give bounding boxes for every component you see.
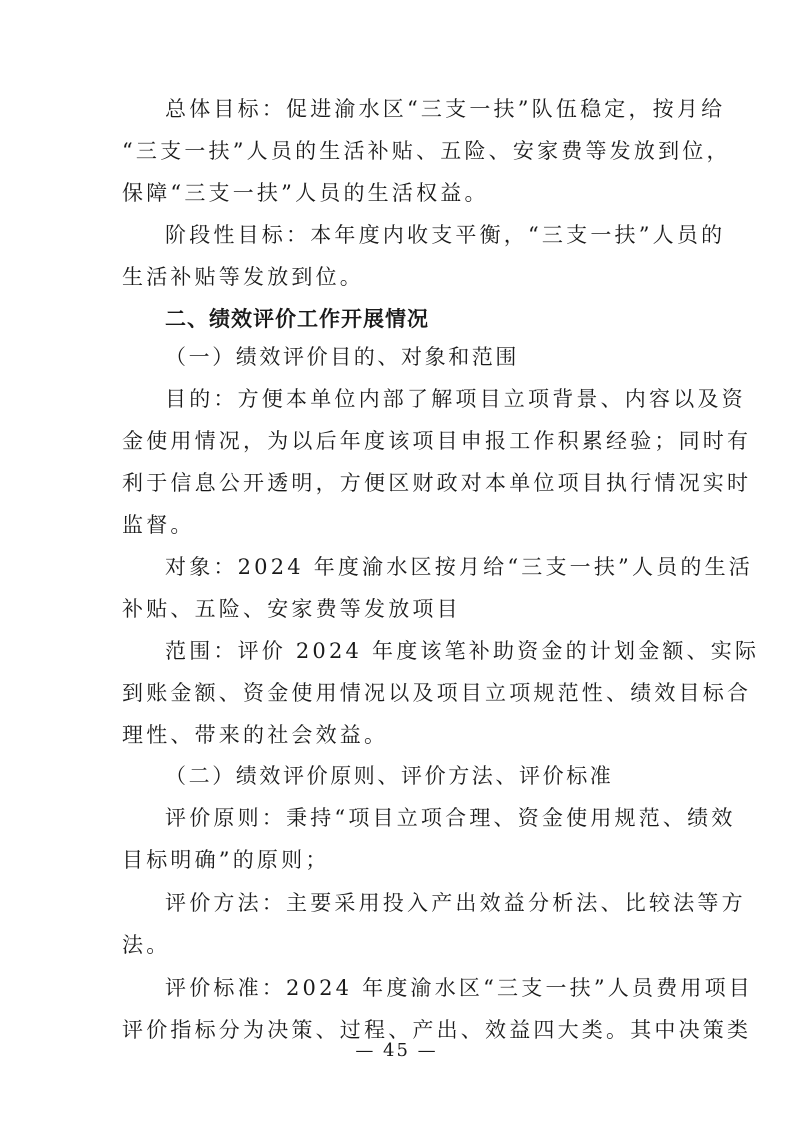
paragraph-line: 到账金额、资金使用情况以及项目立项规范性、绩效目标合	[122, 679, 682, 707]
subsection-heading: （二）绩效评价原则、评价方法、评价标准	[165, 762, 725, 790]
paragraph-line: 评价原则：秉持“项目立项合理、资金使用规范、绩效	[165, 804, 725, 832]
paragraph-line: 利于信息公开透明，方便区财政对本单位项目执行情况实时	[122, 469, 682, 497]
paragraph-line: 评价方法：主要采用投入产出效益分析法、比较法等方	[165, 889, 725, 917]
paragraph-line: “三支一扶”人员的生活补贴、五险、安家费等发放到位，	[122, 137, 682, 165]
paragraph-line: 总体目标：促进渝水区“三支一扶”队伍稳定，按月给	[165, 95, 725, 123]
paragraph-line: 范围：评价 2024 年度该笔补助资金的计划金额、实际	[165, 637, 725, 665]
paragraph-line: 保障“三支一扶”人员的生活权益。	[122, 179, 682, 207]
paragraph-line: 补贴、五险、安家费等发放项目	[122, 595, 682, 623]
paragraph-line: 阶段性目标：本年度内收支平衡，“三支一扶”人员的	[165, 221, 725, 249]
paragraph-line: 生活补贴等发放到位。	[122, 263, 682, 291]
paragraph-line: 目的：方便本单位内部了解项目立项背景、内容以及资	[165, 385, 725, 413]
document-page: 总体目标：促进渝水区“三支一扶”队伍稳定，按月给“三支一扶”人员的生活补贴、五险…	[0, 0, 793, 1122]
paragraph-line: 目标明确”的原则；	[122, 846, 682, 874]
page-number: — 45 —	[0, 1040, 793, 1061]
section-heading: 二、绩效评价工作开展情况	[165, 305, 725, 333]
paragraph-line: 评价标准：2024 年度渝水区“三支一扶”人员费用项目	[165, 974, 725, 1002]
subsection-heading: （一）绩效评价目的、对象和范围	[165, 343, 725, 371]
paragraph-line: 理性、带来的社会效益。	[122, 721, 682, 749]
paragraph-line: 监督。	[122, 511, 682, 539]
paragraph-line: 法。	[122, 931, 682, 959]
paragraph-line: 金使用情况，为以后年度该项目申报工作积累经验；同时有	[122, 427, 682, 455]
paragraph-line: 对象：2024 年度渝水区按月给“三支一扶”人员的生活	[165, 553, 725, 581]
